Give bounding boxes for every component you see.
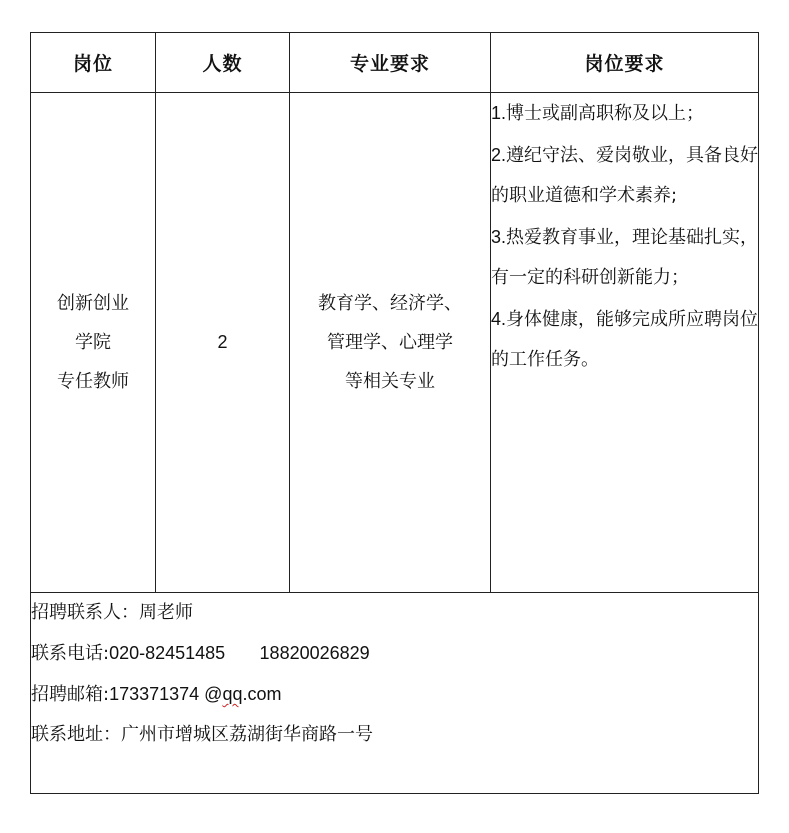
position-cell: 创新创业 学院 专任教师	[31, 93, 156, 593]
contact-email: 招聘邮箱:173371374 @qq.com	[31, 674, 758, 715]
contact-info: 招聘联系人：周老师 联系电话:020-82451485 18820026829 …	[31, 593, 759, 794]
count-cell: 2	[156, 93, 290, 593]
table-row: 创新创业 学院 专任教师 2 教育学、经济学、 管理学、心理学 等相关专业 1.…	[31, 93, 759, 593]
recruitment-table: 岗位 人数 专业要求 岗位要求 创新创业 学院 专任教师 2 教育学、经济学、 …	[30, 32, 759, 794]
requirement-item: 1.博士或副高职称及以上；	[491, 93, 758, 135]
header-position: 岗位	[31, 33, 156, 93]
requirement-item: 3.热爱教育事业，理论基础扎实，有一定的科研创新能力；	[491, 217, 758, 299]
header-position-requirements: 岗位要求	[491, 33, 759, 93]
contact-phone: 联系电话:020-82451485 18820026829	[31, 633, 758, 674]
header-count: 人数	[156, 33, 290, 93]
header-major-requirements: 专业要求	[290, 33, 491, 93]
position-line: 专任教师	[31, 362, 155, 401]
major-line: 管理学、心理学	[290, 323, 490, 362]
footer-row: 招聘联系人：周老师 联系电话:020-82451485 18820026829 …	[31, 593, 759, 794]
position-line: 学院	[31, 323, 155, 362]
major-line: 等相关专业	[290, 362, 490, 401]
spellcheck-underline: qq	[222, 684, 242, 704]
contact-address: 联系地址：广州市增城区荔湖街华商路一号	[31, 715, 758, 755]
contact-person: 招聘联系人：周老师	[31, 593, 758, 633]
major-line: 教育学、经济学、	[290, 284, 490, 323]
requirement-item: 4.身体健康，能够完成所应聘岗位的工作任务。	[491, 299, 758, 381]
header-row: 岗位 人数 专业要求 岗位要求	[31, 33, 759, 93]
position-line: 创新创业	[31, 284, 155, 323]
requirement-item: 2.遵纪守法、爱岗敬业，具备良好的职业道德和学术素养;	[491, 135, 758, 217]
major-cell: 教育学、经济学、 管理学、心理学 等相关专业	[290, 93, 491, 593]
requirements-cell: 1.博士或副高职称及以上； 2.遵纪守法、爱岗敬业，具备良好的职业道德和学术素养…	[491, 93, 759, 593]
